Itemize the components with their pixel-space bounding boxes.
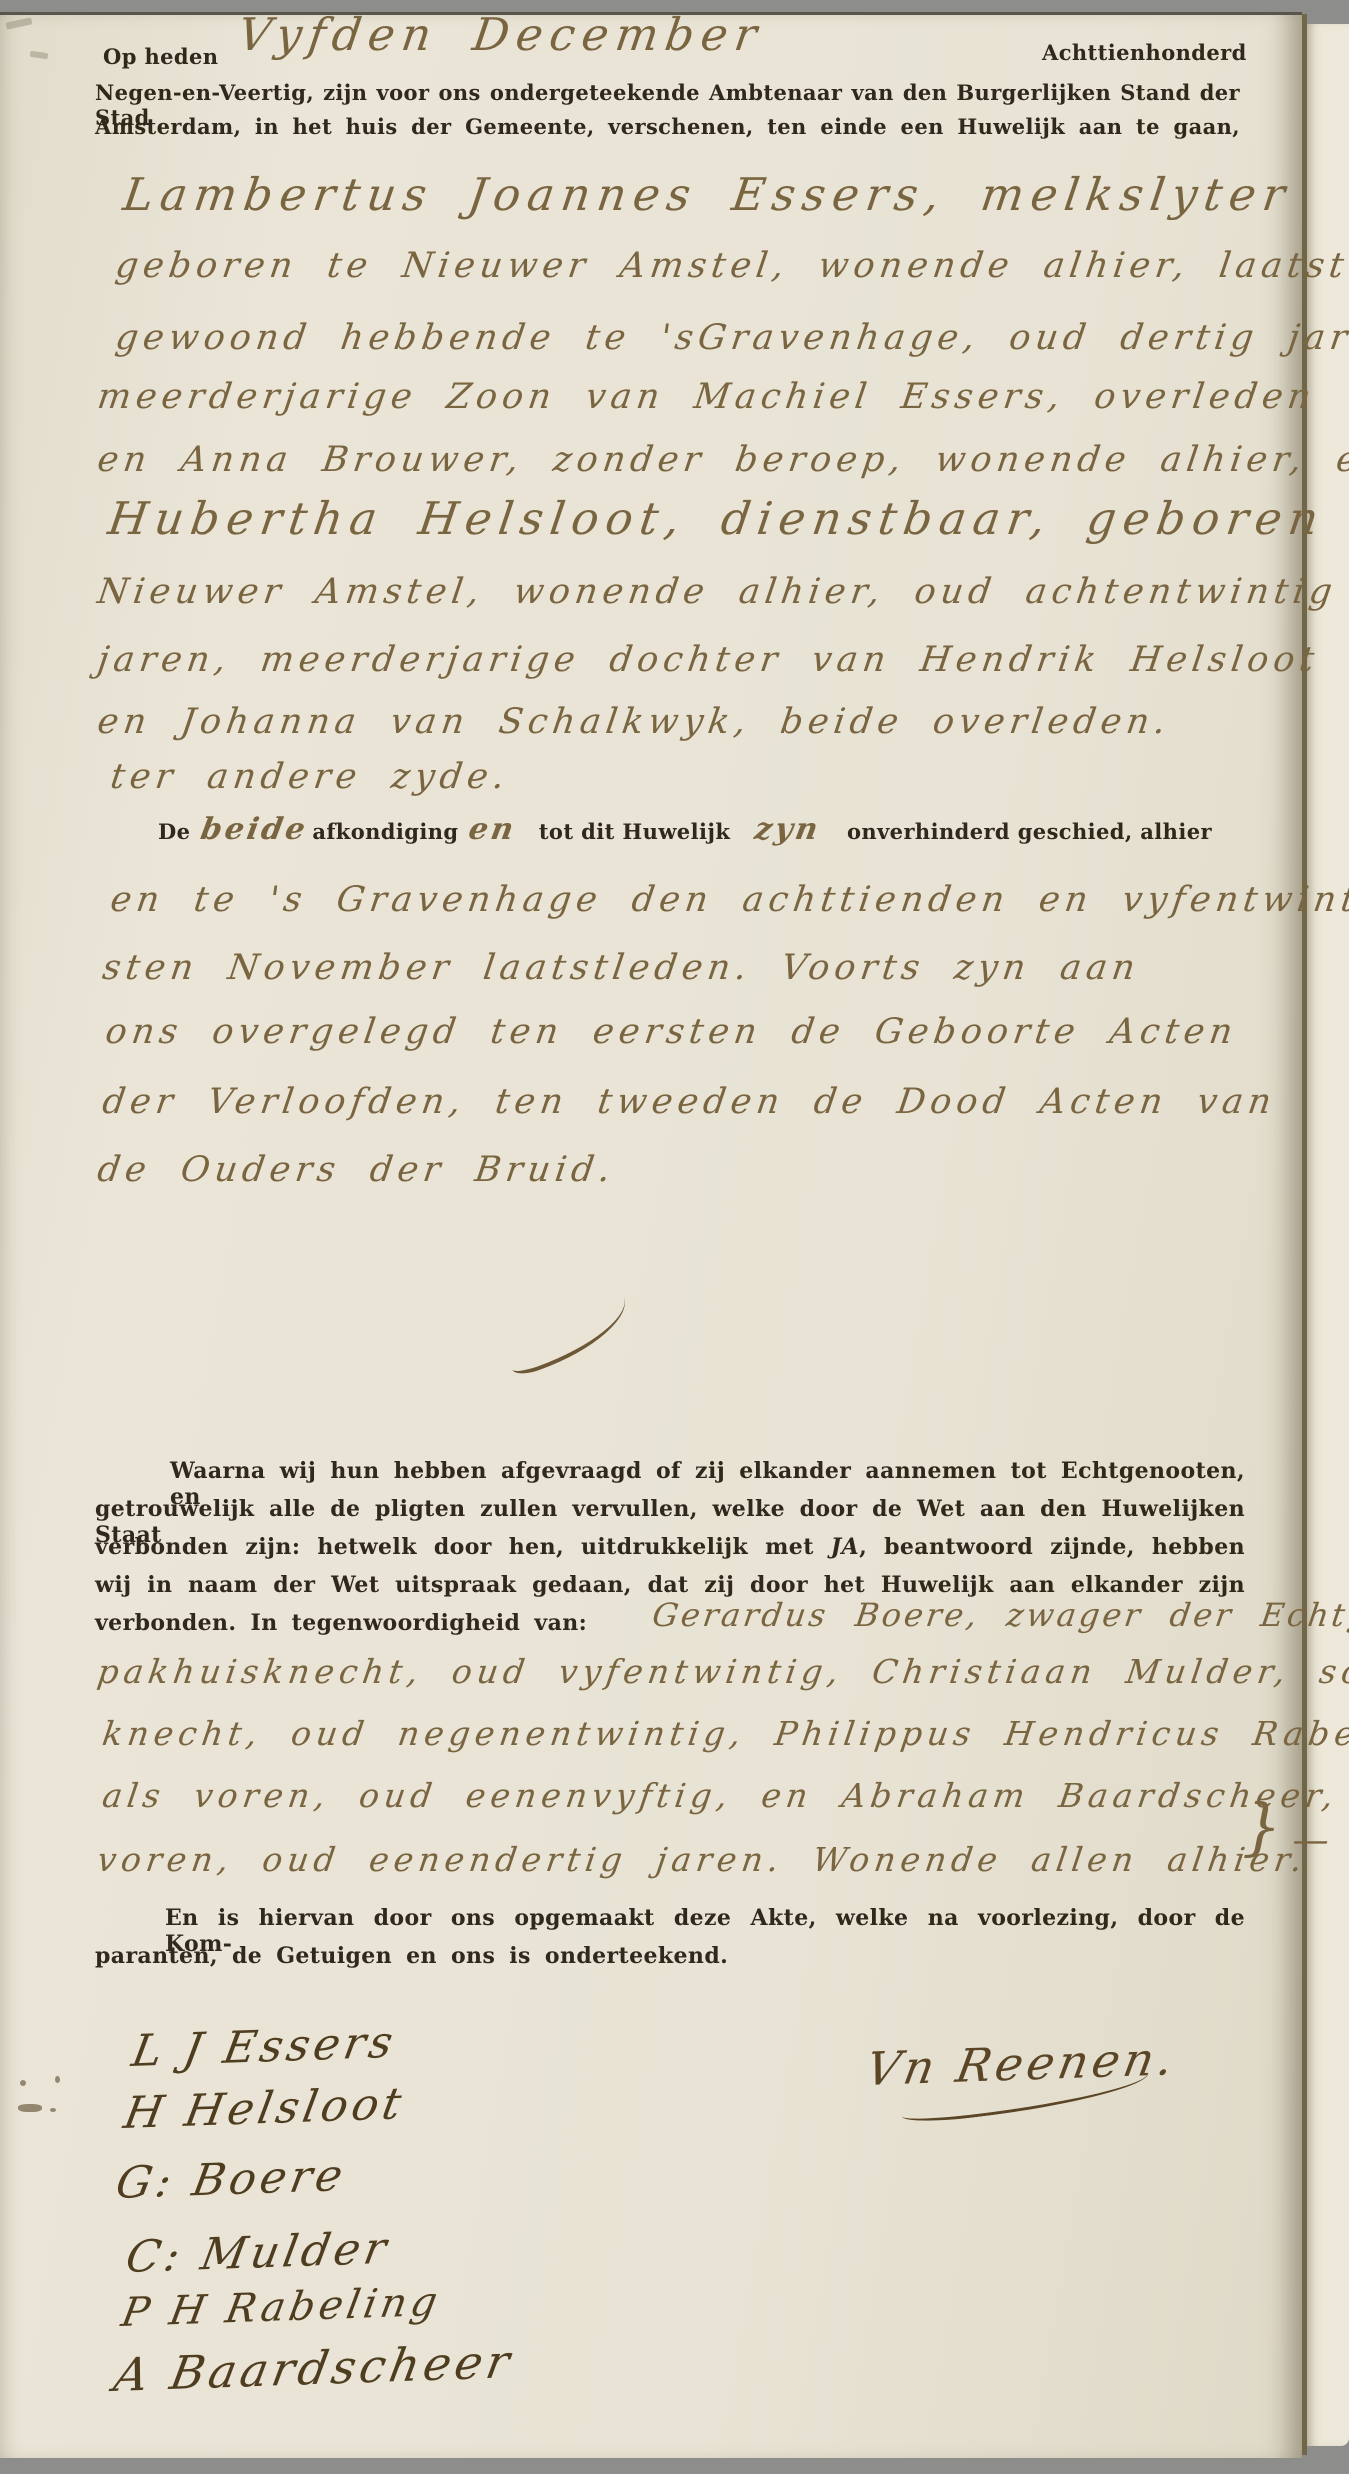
handwritten-line: der Verloofden, ten tweeden de Dood Acte…: [100, 1082, 1278, 1122]
printed-afkondiging: afkondiging: [312, 819, 458, 844]
handwritten-line: als voren, oud eenenvyftig, en Abraham B…: [100, 1776, 1349, 1815]
handwritten-groom-name: Lambertus Joannes Essers, melkslyter: [120, 168, 1295, 221]
handwritten-line: pakhuisknecht, oud vyfentwintig, Christi…: [95, 1652, 1349, 1691]
printed-vows-line: wij in naam der Wet uitspraak gedaan, da…: [95, 1572, 1245, 1598]
signature-witness: C: Mulder: [122, 2223, 394, 2283]
handwritten-beide: beide: [198, 812, 311, 847]
ink-speck: [20, 2080, 26, 2086]
handwritten-line: gewoond hebbende te 'sGravenhage, oud de…: [113, 318, 1349, 358]
signature-bride: H Helsloot: [120, 2078, 409, 2139]
handwritten-line: en Anna Brouwer, zonder beroep, wonende …: [95, 440, 1349, 480]
ink-speck: [55, 2076, 60, 2083]
handwritten-line: ter andere zyde.: [108, 757, 512, 797]
handwritten-line: knecht, oud negenentwintig, Philippus He…: [100, 1714, 1349, 1753]
printed-vows-line: verbonden zijn: hetwelk door hen, uitdru…: [95, 1534, 1245, 1560]
handwritten-line: ons overgelegd ten eersten de Geboorte A…: [103, 1012, 1240, 1052]
handwritten-line: en te 's Gravenhage den achttienden en v…: [108, 880, 1349, 920]
printed-vows-segment: verbonden zijn: hetwelk door hen, uitdru…: [95, 1534, 831, 1560]
printed-de: De: [158, 819, 190, 844]
printed-onverhinderd: onverhinderd geschied, alhier: [847, 819, 1212, 844]
printed-header-line: Amsterdam, in het huis der Gemeente, ver…: [95, 114, 1240, 139]
closing-brace: }: [1242, 1790, 1281, 1863]
printed-closing-line: paranten, de Getuigen en ons is ondertee…: [95, 1943, 728, 1969]
ink-speck: [50, 2108, 56, 2112]
handwritten-line: Nieuwer Amstel, wonende alhier, oud acht…: [95, 572, 1339, 612]
printed-year: Achttienhonderd: [1042, 40, 1247, 65]
ink-speck: [18, 2104, 42, 2112]
handwritten-witness-intro: Gerardus Boere, zwager der Echtgenoot,: [650, 1596, 1349, 1634]
printed-vows-line: verbonden. In tegenwoordigheid van:: [95, 1610, 587, 1636]
handwritten-bride-name: Hubertha Helsloot, dienstbaar, geboren t…: [105, 492, 1349, 545]
printed-tot-dit-huwelijk: tot dit Huwelijk: [539, 819, 730, 844]
handwritten-date: Vyfden December: [235, 8, 767, 61]
printed-vows-segment: , beantwoord zijnde, hebben: [859, 1534, 1245, 1560]
handwritten-en: en: [466, 812, 519, 847]
handwritten-line: en Johanna van Schalkwyk, beide overlede…: [95, 702, 1173, 742]
handwritten-line: sten November laatstleden. Voorts zyn aa…: [100, 948, 1142, 988]
signature-witness: G: Boere: [112, 2150, 351, 2209]
printed-op-heden: Op heden: [103, 44, 218, 69]
printed-ja-emphasis: JA: [831, 1534, 859, 1560]
handwritten-zyn: zyn: [752, 812, 823, 847]
handwritten-line: voren, oud eenendertig jaren. Wonende al…: [95, 1840, 1310, 1879]
document-scan: Op heden Vyfden December Achttienhonderd…: [0, 0, 1349, 2474]
handwritten-line: jaren, meerderjarige dochter van Hendrik…: [95, 640, 1321, 680]
handwritten-line: geboren te Nieuwer Amstel, wonende alhie…: [113, 246, 1349, 286]
signature-groom: L J Essers: [128, 2017, 401, 2077]
handwritten-line: meerderjarige Zoon van Machiel Essers, o…: [95, 377, 1318, 417]
printed-banns-line: De beide afkondiging en tot dit Huwelijk…: [158, 812, 1212, 847]
handwritten-line: de Ouders der Bruid.: [95, 1150, 618, 1190]
brace-dash: —: [1290, 1820, 1337, 1861]
